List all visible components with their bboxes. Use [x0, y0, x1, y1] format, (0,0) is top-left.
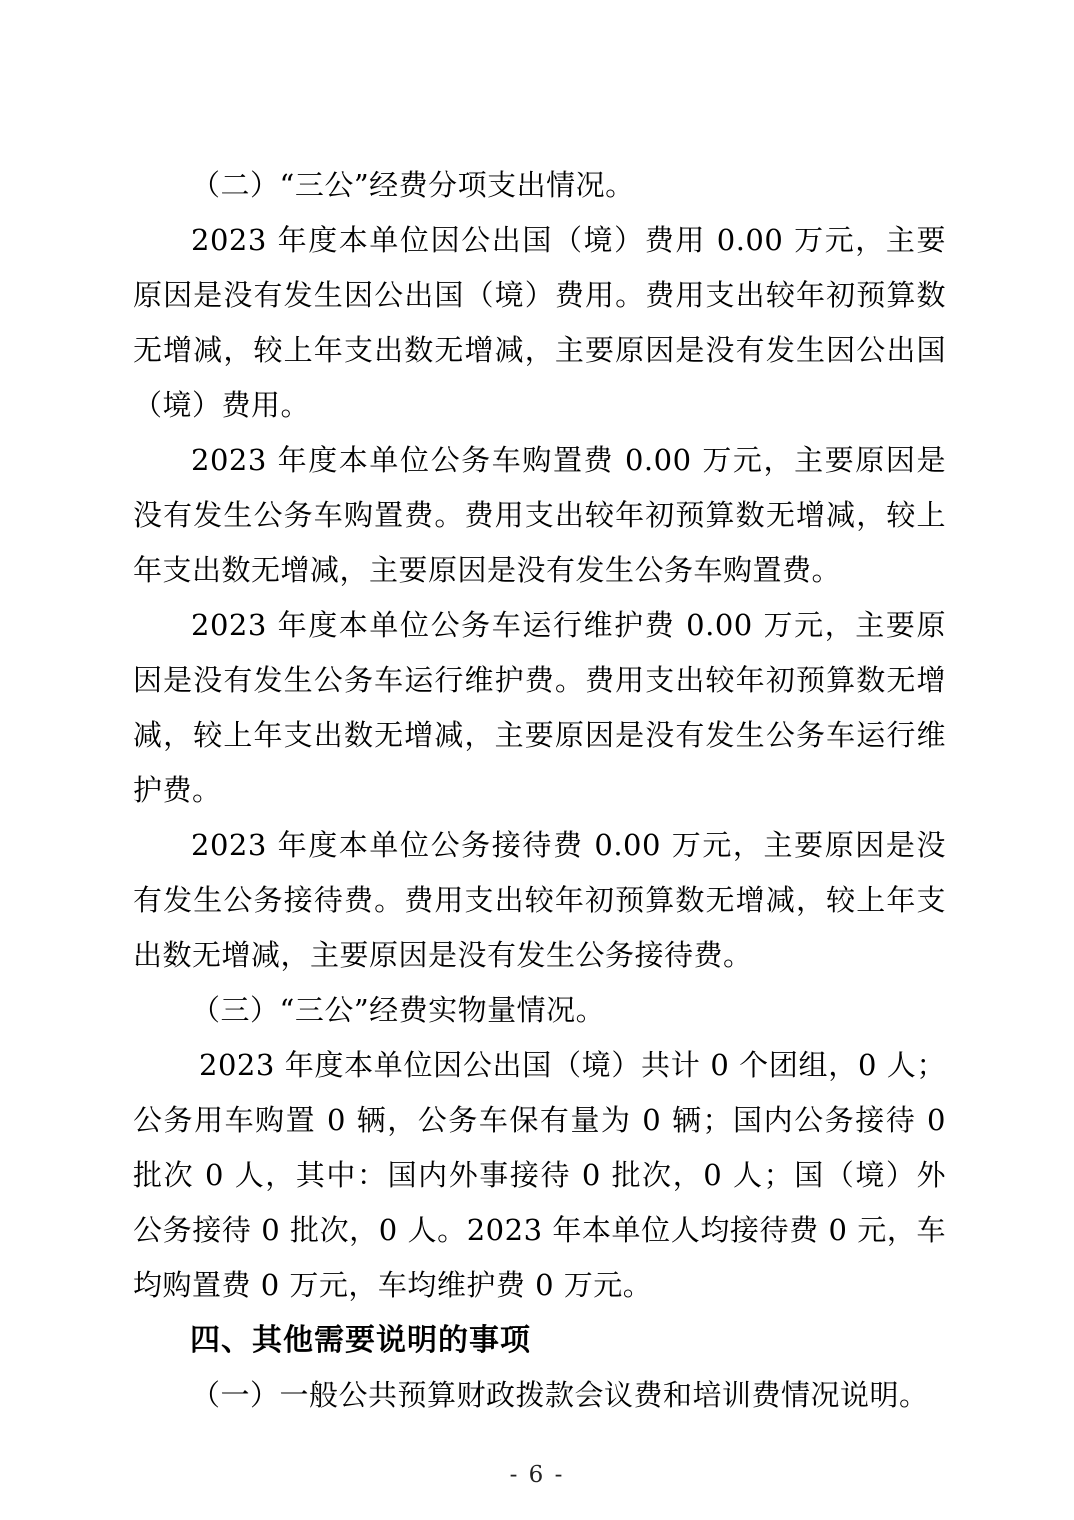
document-page: （二）“三公”经费分项支出情况。 2023 年度本单位因公出国（境）费用 0.0… — [0, 0, 1074, 1520]
paragraph-reception-expense: 2023 年度本单位公务接待费 0.00 万元，主要原因是没有发生公务接待费。费… — [133, 818, 946, 983]
paragraph-abroad-expense: 2023 年度本单位因公出国（境）费用 0.00 万元，主要原因是没有发生因公出… — [133, 213, 946, 433]
section-heading-other-matters: 四、其他需要说明的事项 — [133, 1313, 946, 1368]
page-number: - 6 - — [0, 1462, 1074, 1488]
paragraph-meeting-training-note: （一）一般公共预算财政拨款会议费和培训费情况说明。 — [133, 1368, 946, 1423]
section-heading-three-public-itemized: （二）“三公”经费分项支出情况。 — [133, 158, 946, 213]
section-heading-three-public-physical-quantity: （三）“三公”经费实物量情况。 — [133, 983, 946, 1038]
paragraph-vehicle-purchase-expense: 2023 年度本单位公务车购置费 0.00 万元，主要原因是没有发生公务车购置费… — [133, 433, 946, 598]
paragraph-physical-quantity: 2023 年度本单位因公出国（境）共计 0 个团组，0 人；公务用车购置 0 辆… — [133, 1038, 946, 1313]
paragraph-vehicle-maintenance-expense: 2023 年度本单位公务车运行维护费 0.00 万元，主要原因是没有发生公务车运… — [133, 598, 946, 818]
